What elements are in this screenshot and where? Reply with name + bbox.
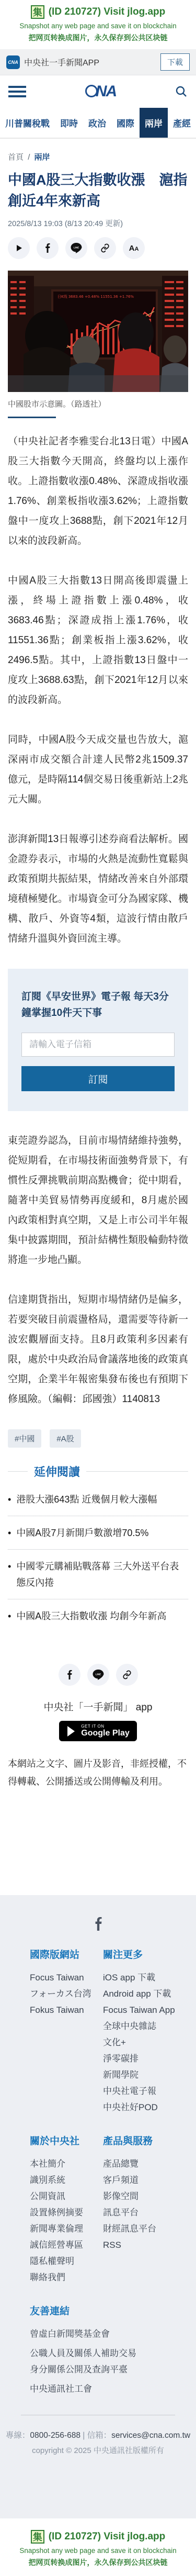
nav-tab-cross-strait[interactable]: 兩岸: [140, 108, 168, 138]
related-link[interactable]: •中國A股三大指數收漲 均創今年新高: [8, 1599, 188, 1632]
footer-link[interactable]: 影像空間: [103, 2188, 196, 2204]
line-share-icon[interactable]: LINE: [65, 237, 87, 259]
footer-link[interactable]: 新聞專業倫理: [30, 2221, 103, 2237]
jlog-ji-icon: 集: [31, 2530, 44, 2544]
footer-link[interactable]: 聯絡我們: [30, 2269, 103, 2286]
breadcrumb-section[interactable]: 兩岸: [34, 153, 50, 162]
svg-text:日K线 3683.46 +0.48% 11551.36 +1: 日K线 3683.46 +0.48% 11551.36 +1.76%: [57, 294, 134, 299]
bottom-share-toolbar: LINE: [8, 1664, 188, 1686]
copy-link-icon[interactable]: [94, 237, 116, 259]
menu-icon[interactable]: [8, 83, 26, 100]
footer-col-follow-more: 關注更多 iOS app 下載 Android app 下載 Focus Tai…: [103, 1947, 196, 2115]
jlog-ji-icon: 集: [31, 5, 44, 19]
footer-link[interactable]: Focus Taiwan: [30, 1969, 103, 1986]
footer-link[interactable]: 識別系統: [30, 2172, 103, 2188]
related-link[interactable]: •港股大漲643點 近幾個月較大漲幅: [8, 1483, 188, 1516]
footer-contact: 專線：0800-256-688 | 信箱：services@cna.com.tw: [0, 2429, 196, 2440]
jlog-promo-title[interactable]: (ID 210727) Visit jlog.app: [49, 6, 166, 18]
tag-china[interactable]: #中國: [8, 1429, 41, 1448]
facebook-share-icon[interactable]: [59, 1664, 80, 1686]
page: 集 (ID 210727) Visit jlog.app Snapshot an…: [0, 0, 196, 2576]
google-play-badge[interactable]: GET IT ON Google Play: [59, 1721, 136, 1741]
article-paragraph: 中國A股三大指數13日開高後即震盪上漲，終場上證指數上漲0.48%，收3683.…: [8, 571, 188, 710]
footer-link[interactable]: 新聞學院: [103, 2067, 196, 2083]
footer-link[interactable]: Android app 下載: [103, 1986, 196, 2002]
app-download-button[interactable]: 下載: [160, 53, 190, 71]
footer-link[interactable]: 中央通訊社工會: [30, 2381, 145, 2397]
listen-play-button[interactable]: [8, 237, 30, 259]
footer-facebook-icon[interactable]: [0, 1917, 196, 1933]
footer-columns: 國際版網站 Focus Taiwan フォーカス台湾 Fokus Taiwan …: [0, 1947, 196, 2397]
footer-link[interactable]: 本社簡介: [30, 2156, 103, 2172]
email-field[interactable]: [21, 1033, 175, 1057]
app-banner-title: 中央社一手新聞APP: [24, 56, 156, 68]
footer-col-international: 國際版網站 Focus Taiwan フォーカス台湾 Fokus Taiwan: [30, 1947, 103, 2115]
share-toolbar: LINE AA: [8, 237, 188, 259]
jlog-promo-line1: Snapshot any web page and save it on blo…: [0, 21, 196, 31]
article-paragraph: 東莞證券認為，目前市場情緒維持強勢，從短期看，在市場技術面強勢背景下，有慣性反彈…: [8, 1131, 188, 1270]
jlog-promo-title[interactable]: (ID 210727) Visit jlog.app: [49, 2531, 166, 2543]
footer-link[interactable]: 公開資訊: [30, 2188, 103, 2204]
tag-list: #中國 #A股: [8, 1429, 188, 1448]
hotline-number[interactable]: 0800-256-688: [30, 2431, 80, 2440]
line-share-icon[interactable]: LINE: [87, 1664, 109, 1686]
article-content: 首頁 / 兩岸 中國A股三大指數收漲 滬指創近4年來新高 2025/8/13 1…: [0, 151, 196, 1790]
app-promo: 中央社「一手新聞」 app GET IT ON Google Play: [8, 1699, 188, 1741]
nav-tab-realtime[interactable]: 即時: [55, 108, 83, 138]
search-icon[interactable]: [175, 85, 188, 98]
footer-link[interactable]: 全球中央雜誌: [103, 2018, 196, 2034]
contact-email[interactable]: services@cna.com.tw: [111, 2431, 190, 2440]
divider: [21, 2415, 175, 2415]
tag-a-shares[interactable]: #A股: [50, 1429, 80, 1448]
footer-link[interactable]: フォーカス台湾: [30, 1986, 103, 2002]
nav-tab-international[interactable]: 國際: [111, 108, 140, 138]
breadcrumb: 首頁 / 兩岸: [8, 151, 188, 162]
footer-link[interactable]: 客戶頻道: [103, 2172, 196, 2188]
footer-col-friendly-links: 友善連結 曾虛白新聞獎基金會 公職人員及關係人補助交易身分關係公開及查詢平臺 中…: [30, 2303, 145, 2397]
jlog-promo-line1: Snapshot any web page and save it on blo…: [0, 2546, 196, 2556]
spacer: [0, 1790, 196, 1895]
app-promo-title: 中央社「一手新聞」 app: [8, 1699, 188, 1713]
footer-col-about: 關於中央社 本社簡介 識別系統 公開資訊 設置條例摘要 新聞專業倫理 誠信經營專…: [30, 2133, 103, 2286]
article-paragraph: 同時，中國A股今天成交量也告放大，滬深兩市成交額合計達人民幣2兆1509.37億…: [8, 730, 188, 810]
copy-link-icon[interactable]: [116, 1664, 138, 1686]
bullet-icon: •: [8, 1559, 11, 1591]
related-link[interactable]: •中國零元購補貼戰落幕 三大外送平台表態反內捲: [8, 1550, 188, 1599]
related-heading-label: 延伸閱讀: [34, 1463, 80, 1480]
nav-bar: 川普關稅戰 即時 政治 國際 兩岸 產經: [0, 108, 196, 139]
footer-link[interactable]: RSS: [103, 2237, 196, 2253]
newsletter-subscribe-box: 訂閱《早安世界》電子報 每天3分鐘掌握10件天下事 訂閱: [8, 969, 188, 1111]
font-size-button[interactable]: AA: [123, 237, 145, 259]
footer-link[interactable]: 產品總覽: [103, 2156, 196, 2172]
footer-link[interactable]: 誠信經營專區: [30, 2237, 103, 2253]
bullet-icon: •: [8, 1525, 11, 1541]
svg-text:LINE: LINE: [95, 1673, 100, 1676]
facebook-share-icon[interactable]: [37, 237, 59, 259]
article-paragraph: 澎湃新聞13日報導引述券商看法解析。國金證券表示，市場的火熱是流動性寬鬆與政策預…: [8, 830, 188, 949]
bullet-icon: •: [8, 1608, 11, 1625]
subscribe-title: 訂閱《早安世界》電子報 每天3分鐘掌握10件天下事: [21, 989, 175, 1021]
footer-link[interactable]: 隱私權聲明: [30, 2253, 103, 2269]
footer-link[interactable]: 設置條例摘要: [30, 2204, 103, 2221]
footer-link[interactable]: 文化+: [103, 2034, 196, 2051]
article-date: 2025/8/13 19:03 (8/13 20:49 更新): [8, 218, 188, 229]
image-caption: 中國股市示意圖。（路透社）: [8, 398, 188, 409]
site-footer: 國際版網站 Focus Taiwan フォーカス台湾 Fokus Taiwan …: [0, 1895, 196, 2518]
footer-link[interactable]: 財經訊息平台: [103, 2221, 196, 2237]
page-title: 中國A股三大指數收漲 滬指創近4年來新高: [8, 170, 188, 211]
google-play-icon: [66, 1726, 77, 1737]
copyright-notice: 本網站之文字、圖片及影音，非經授權，不得轉載、公開播送或公開傳輸及利用。: [8, 1755, 188, 1790]
article-hero-image: 日K线 3683.46 +0.48% 11551.36 +1.76%: [8, 271, 188, 392]
footer-link[interactable]: 公職人員及關係人補助交易身分關係公開及查詢平臺: [30, 2345, 145, 2378]
site-header: NA: [0, 75, 196, 108]
footer-copyright: copyright © 2025 中央通訊社版權所有: [0, 2445, 196, 2518]
bullet-icon: •: [8, 1492, 11, 1508]
nav-tab-tariff-war[interactable]: 川普關稅戰: [0, 108, 55, 138]
article-paragraph: 信達期貨指出，短期市場情緒仍是偏多，若要突破目前震盪格局，還需要等待新一波宏觀層…: [8, 1290, 188, 1409]
footer-link[interactable]: 中央社電子報: [103, 2083, 196, 2099]
related-heading: 延伸閱讀: [8, 1463, 188, 1480]
footer-link[interactable]: Focus Taiwan App: [103, 2002, 196, 2018]
footer-link[interactable]: 中央社好POD: [103, 2099, 196, 2115]
cna-app-icon: CNA: [6, 55, 20, 69]
article-paragraph: （中央社記者李雅雯台北13日電）中國A股三大指數今天開高，終盤均以上漲作收。上證…: [8, 432, 188, 551]
jlog-promo-line2: 把网页转换成图片，永久保存到公共区块链: [0, 2558, 196, 2568]
nav-tab-politics[interactable]: 政治: [83, 108, 111, 138]
cna-logo[interactable]: NA: [85, 83, 116, 100]
divider: [8, 417, 56, 418]
subscribe-button[interactable]: 訂閱: [21, 1066, 175, 1091]
related-link[interactable]: •中國A股7月新開戶數激增70.5%: [8, 1516, 188, 1550]
breadcrumb-home[interactable]: 首頁: [8, 153, 24, 162]
footer-link[interactable]: 訊息平台: [103, 2204, 196, 2221]
svg-text:LINE: LINE: [74, 247, 79, 249]
jlog-promo-line2: 把网页转换成图片，永久保存到公共区块链: [0, 33, 196, 43]
jlog-promo-banner-bottom[interactable]: 集 (ID 210727) Visit jlog.app Snapshot an…: [0, 2518, 196, 2576]
app-download-banner: CNA 中央社一手新聞APP 下載: [0, 49, 196, 75]
related-list: •港股大漲643點 近幾個月較大漲幅 •中國A股7月新開戶數激增70.5% •中…: [8, 1483, 188, 1632]
footer-link[interactable]: 淨零碳排: [103, 2051, 196, 2067]
footer-link[interactable]: iOS app 下載: [103, 1969, 196, 1986]
footer-link[interactable]: 曾虛白新聞獎基金會: [30, 2326, 145, 2342]
footer-col-products: 產品與服務 產品總覽 客戶頻道 影像空間 訊息平台 財經訊息平台 RSS: [103, 2133, 196, 2286]
footer-link[interactable]: Fokus Taiwan: [30, 2002, 103, 2018]
nav-tab-business[interactable]: 產經: [168, 108, 196, 138]
jlog-promo-banner-top[interactable]: 集 (ID 210727) Visit jlog.app Snapshot an…: [0, 0, 196, 49]
breadcrumb-separator: /: [28, 153, 30, 162]
